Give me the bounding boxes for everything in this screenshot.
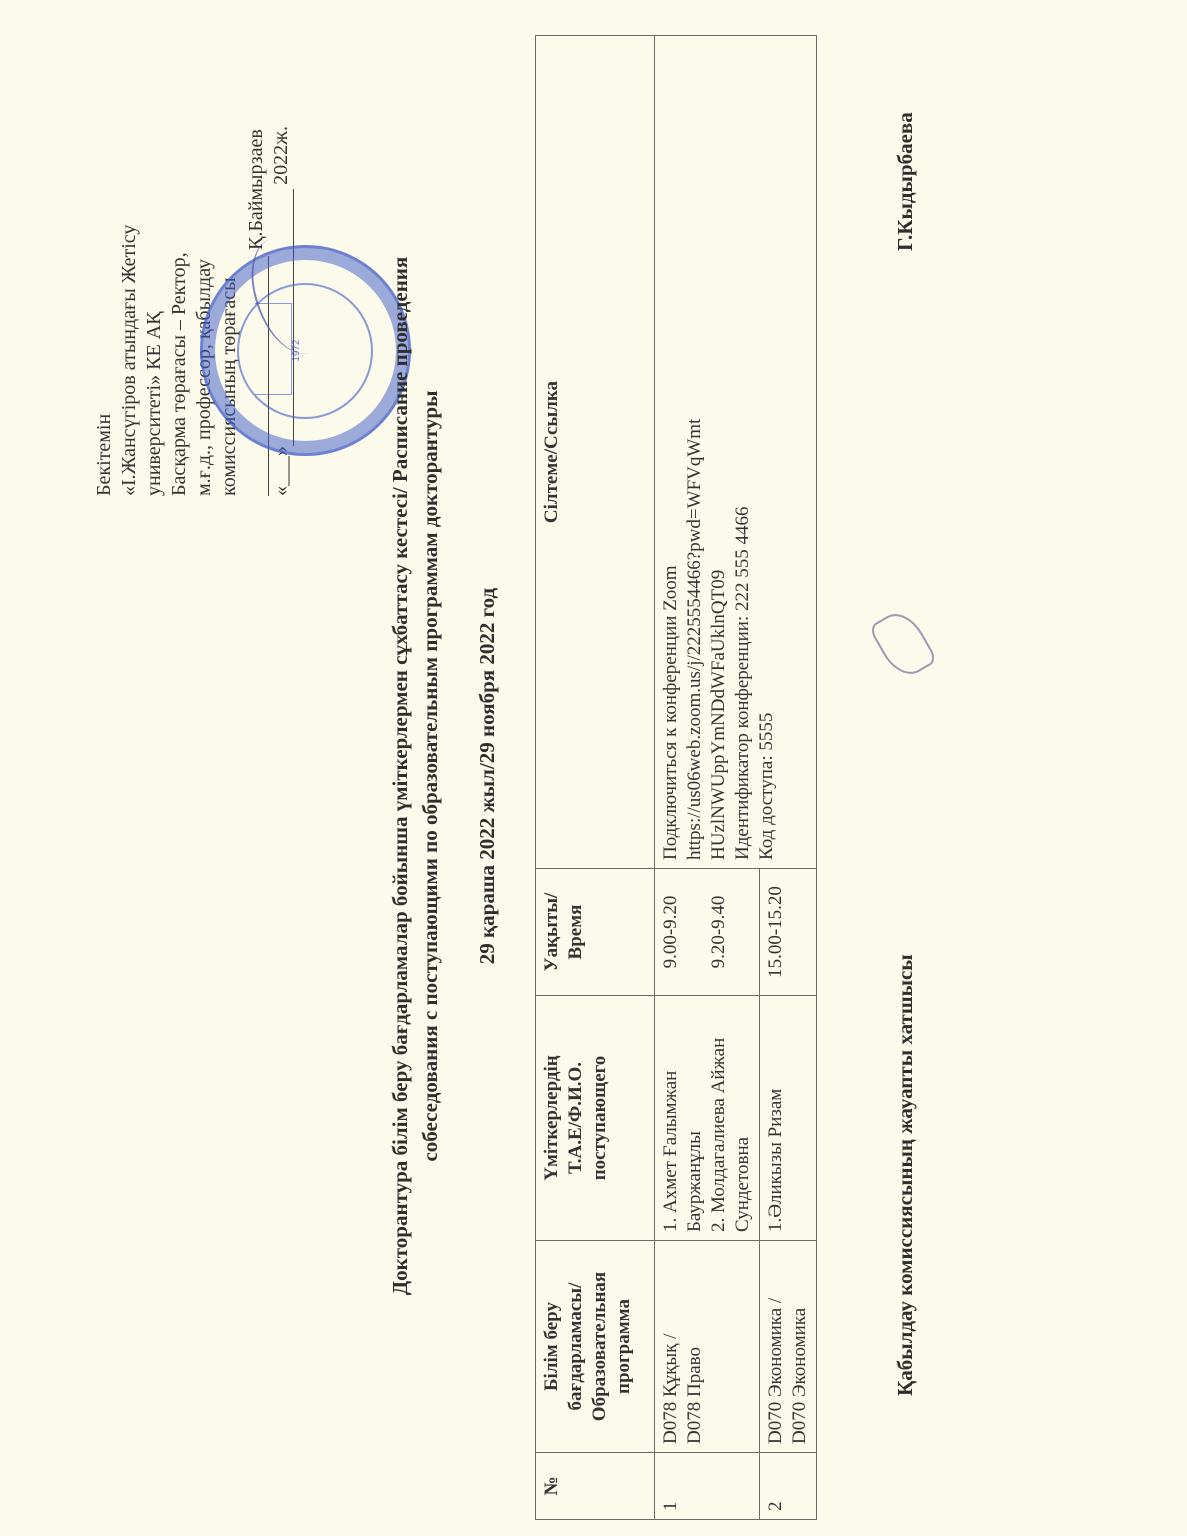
applicant-name: 1.Әликызы Ризам [764, 1004, 788, 1232]
time-slot: 15.00-15.20 [764, 877, 788, 987]
signature-line [248, 256, 269, 496]
header-text: бағдарламасы/ [564, 1249, 588, 1444]
approval-line: «І.Жансүгіров атындағы Жетісу [117, 126, 142, 496]
approval-date-suffix: 2022ж. [269, 126, 294, 185]
document-title: Докторантура білім беру бағдарламалар бо… [385, 96, 445, 1456]
table-header-row: № Білім беру бағдарламасы/ Образовательн… [536, 36, 655, 1520]
time-spacer [683, 877, 707, 987]
approval-line: комиссиясының төрағасы [217, 126, 242, 496]
title-line-1: Докторантура білім беру бағдарламалар бо… [385, 96, 415, 1456]
zoom-access-code: Код доступа: 5555 [755, 44, 779, 860]
title-line-2: собеседования с поступающими по образова… [415, 96, 445, 1456]
zoom-conference-id: Идентификатор конференции: 222 555 4466 [731, 44, 755, 860]
zoom-link-cell: Подключиться к конференции Zoom https://… [655, 36, 817, 869]
header-text: Білім беру [540, 1249, 564, 1444]
approval-date-prefix: «___» [269, 446, 294, 496]
secretary-role: Қабылдау комиссиясының жауапты хатшысы [893, 954, 918, 1396]
header-link: Сілтеме/Ссылка [536, 36, 655, 869]
signatory-name: Қ.Баймырзаев [244, 129, 269, 250]
applicant-name: Бауржанұлы [683, 1004, 707, 1232]
document-date: 29 қараша 2022 жыл/29 ноября 2022 год [475, 96, 500, 1456]
row-applicants: 1.Әликызы Ризам [760, 996, 817, 1241]
interview-schedule-table: № Білім беру бағдарламасы/ Образовательн… [535, 35, 817, 1520]
header-text: Время [564, 877, 588, 987]
document-page: Бекітемін «І.Жансүгіров атындағы Жетісу … [0, 0, 1187, 1536]
zoom-link-url-cont[interactable]: HUzlNWUppYmNDdWFaUklnQT09 [707, 44, 731, 860]
zoom-join-label: Подключиться к конференции Zoom [659, 44, 683, 860]
header-text: Образовательная [588, 1249, 612, 1444]
program-text: D070 Экономика / [764, 1249, 788, 1444]
approval-label: Бекітемін [92, 126, 117, 496]
applicant-name: 1. Ахмет Ғалымжан [659, 1004, 683, 1232]
header-program: Білім беру бағдарламасы/ Образовательная… [536, 1241, 655, 1453]
header-text: поступающего [588, 1004, 612, 1232]
secretary-signature-icon [868, 605, 938, 682]
header-text: программа [612, 1249, 636, 1444]
approval-block: Бекітемін «І.Жансүгіров атындағы Жетісу … [92, 126, 294, 496]
row-times: 15.00-15.20 [760, 869, 817, 996]
approval-date-line [273, 189, 294, 446]
approval-date-row: «___» 2022ж. [269, 126, 294, 496]
applicant-name: 2. Молдагалиева Айжан [707, 1004, 731, 1232]
row-program: D078 Құқық / D078 Право [655, 1241, 760, 1453]
header-number: № [536, 1453, 655, 1520]
row-program: D070 Экономика / D070 Экономика [760, 1241, 817, 1453]
time-slot: 9.20-9.40 [707, 877, 731, 987]
signature-row: Қ.Баймырзаев [244, 126, 269, 496]
approval-line: Басқарма төрағасы – Ректор, [167, 126, 192, 496]
row-number: 1 [655, 1453, 760, 1520]
row-applicants: 1. Ахмет Ғалымжан Бауржанұлы 2. Молдагал… [655, 996, 760, 1241]
program-text: D078 Право [683, 1249, 707, 1444]
applicant-name: Сундетовна [731, 1004, 755, 1232]
row-number: 2 [760, 1453, 817, 1520]
approval-line: университеті» КЕ АҚ [142, 126, 167, 496]
header-text: Т.А.Е/Ф.И.О. [564, 1004, 588, 1232]
time-slot: 9.00-9.20 [659, 877, 683, 987]
header-name: Үміткерлердің Т.А.Е/Ф.И.О. поступающего [536, 996, 655, 1241]
program-text: D070 Экономика [788, 1249, 812, 1444]
approval-line: м.ғ.д., профессор, қабылдау [192, 126, 217, 496]
header-time: Уақыты/ Время [536, 869, 655, 996]
row-times: 9.00-9.20 9.20-9.40 [655, 869, 760, 996]
zoom-link-url[interactable]: https://us06web.zoom.us/j/2225554466?pwd… [683, 44, 707, 860]
secretary-name: Г.Кыдырбаева [893, 112, 918, 251]
header-text: Үміткерлердің [540, 1004, 564, 1232]
table-row: 1 D078 Құқық / D078 Право 1. Ахмет Ғалым… [655, 36, 760, 1520]
program-text: D078 Құқық / [659, 1249, 683, 1444]
header-text: Уақыты/ [540, 877, 564, 987]
